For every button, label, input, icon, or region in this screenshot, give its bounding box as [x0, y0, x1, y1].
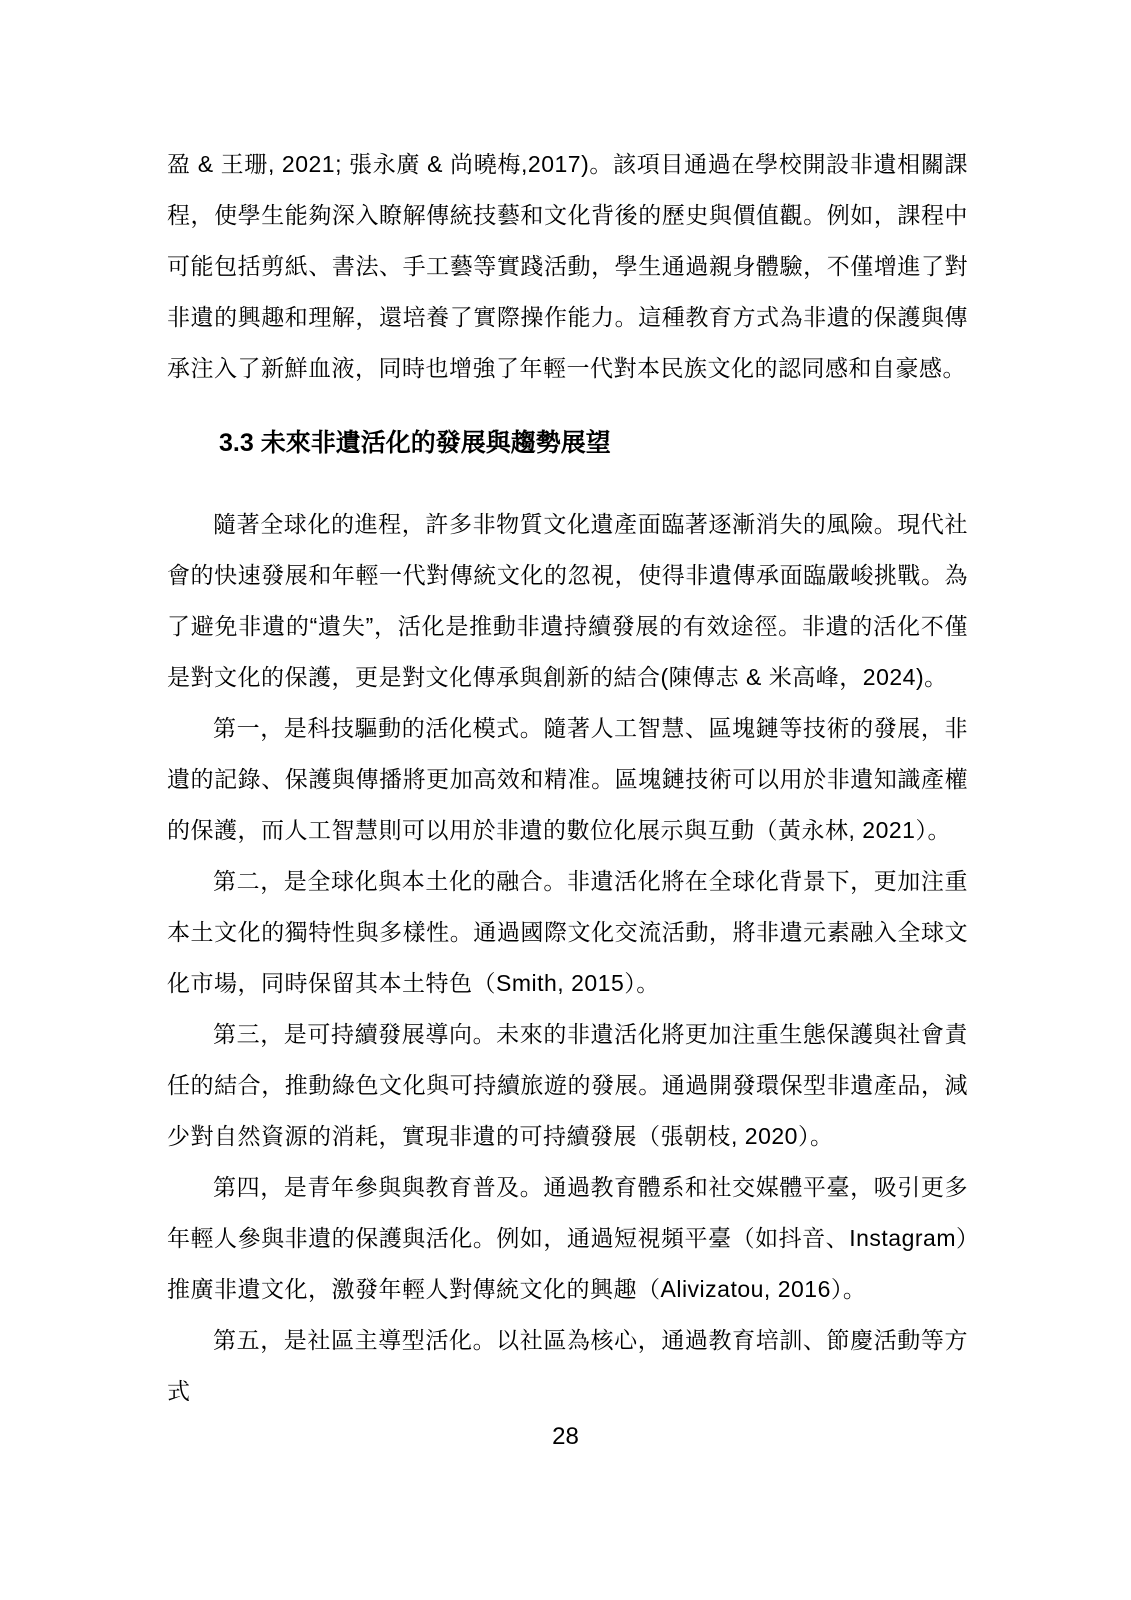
body-paragraph: 第三，是可持續發展導向。未來的非遺活化將更加注重生態保護與社會責任的結合，推動綠… [167, 1009, 968, 1162]
body-paragraph: 第二，是全球化與本土化的融合。非遺活化將在全球化背景下，更加注重本土文化的獨特性… [167, 856, 968, 1009]
section-heading: 3.3 未來非遺活化的發展與趨勢展望 [167, 418, 968, 469]
document-page: 盈 & 王珊, 2021; 張永廣 & 尚曉梅,2017)。該項目通過在學校開設… [0, 0, 1131, 1600]
body-paragraph: 第五，是社區主導型活化。以社區為核心，通過教育培訓、節慶活動等方式 [167, 1315, 968, 1417]
page-content: 盈 & 王珊, 2021; 張永廣 & 尚曉梅,2017)。該項目通過在學校開設… [167, 139, 968, 1417]
body-paragraph: 隨著全球化的進程，許多非物質文化遺產面臨著逐漸消失的風險。現代社會的快速發展和年… [167, 499, 968, 703]
body-paragraph: 第一，是科技驅動的活化模式。隨著人工智慧、區塊鏈等技術的發展，非遺的記錄、保護與… [167, 703, 968, 856]
body-paragraph-continuation: 盈 & 王珊, 2021; 張永廣 & 尚曉梅,2017)。該項目通過在學校開設… [167, 139, 968, 394]
body-paragraph: 第四，是青年參與與教育普及。通過教育體系和社交媒體平臺，吸引更多年輕人參與非遺的… [167, 1162, 968, 1315]
page-number: 28 [0, 1424, 1131, 1450]
